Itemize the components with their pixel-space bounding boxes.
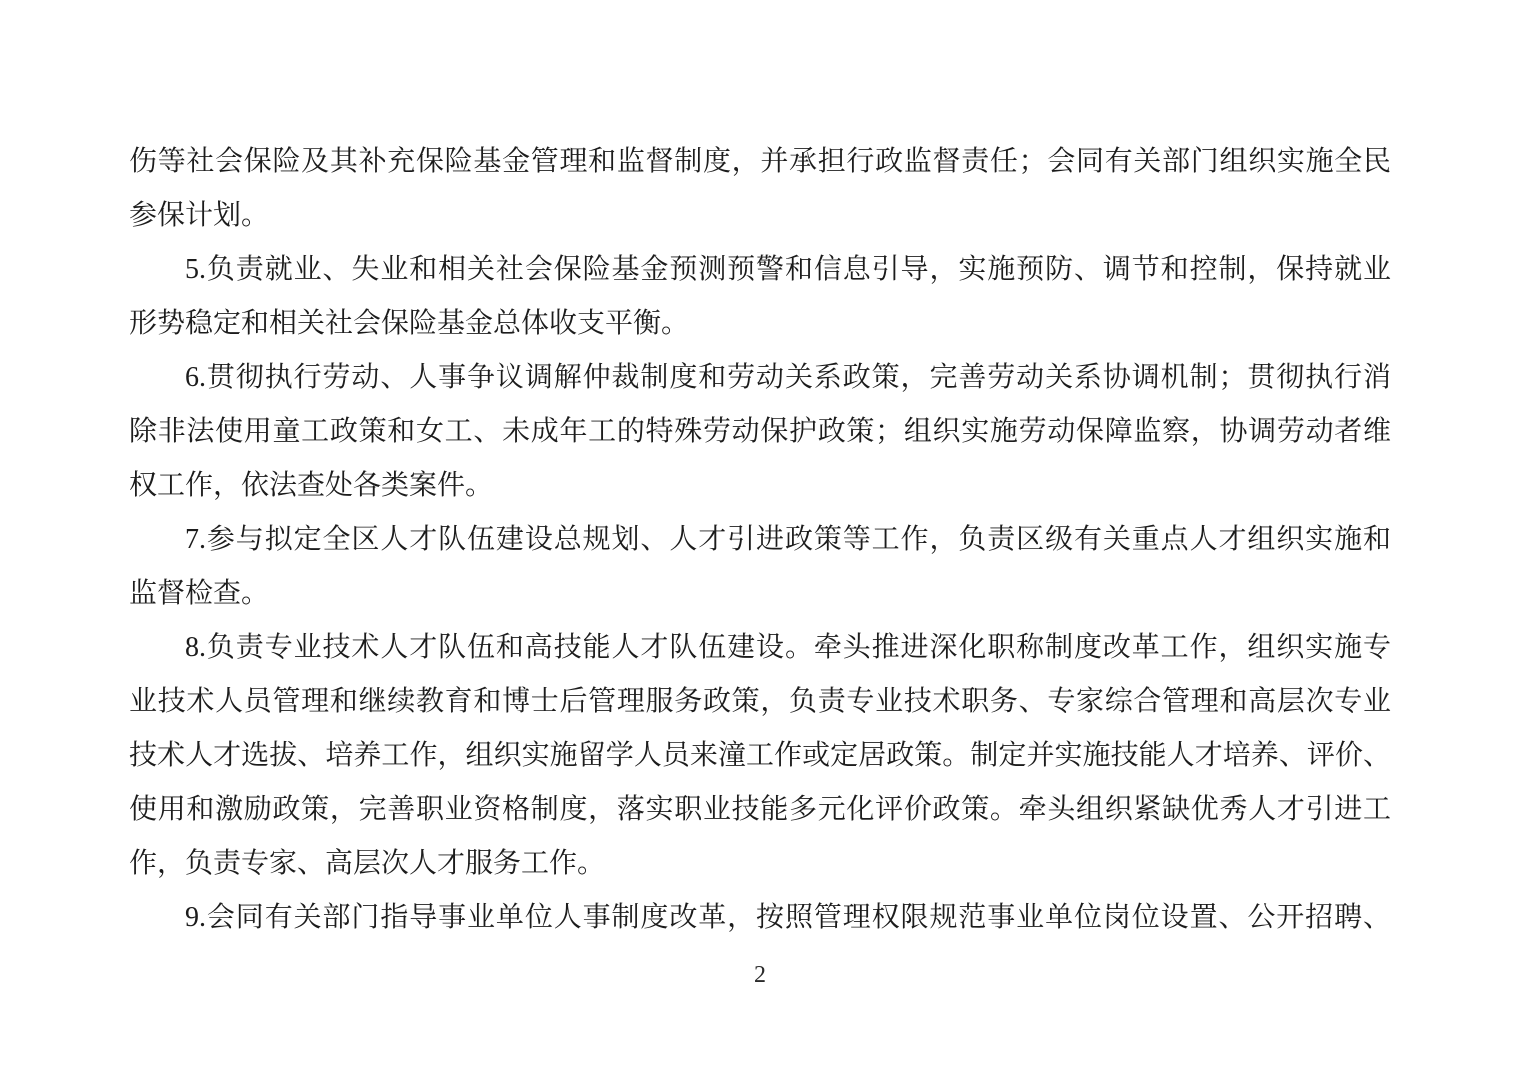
text-line: 8.负责专业技术人才队伍和高技能人才队伍建设。牵头推进深化职称制度改革工作，组织… — [129, 621, 1391, 675]
text-line: 权工作，依法查处各类案件。 — [129, 459, 1391, 513]
text-line: 7.参与拟定全区人才队伍建设总规划、人才引进政策等工作，负责区级有关重点人才组织… — [129, 513, 1391, 567]
text-line: 监督检查。 — [129, 567, 1391, 621]
text-line: 参保计划。 — [129, 189, 1391, 243]
text-line: 业技术人员管理和继续教育和博士后管理服务政策，负责专业技术职务、专家综合管理和高… — [129, 675, 1391, 729]
document-body: 伤等社会保险及其补充保险基金管理和监督制度，并承担行政监督责任；会同有关部门组织… — [129, 135, 1391, 945]
text-line: 伤等社会保险及其补充保险基金管理和监督制度，并承担行政监督责任；会同有关部门组织… — [129, 135, 1391, 189]
text-line: 技术人才选拔、培养工作，组织实施留学人员来潼工作或定居政策。制定并实施技能人才培… — [129, 729, 1391, 783]
text-line: 除非法使用童工政策和女工、未成年工的特殊劳动保护政策；组织实施劳动保障监察，协调… — [129, 405, 1391, 459]
text-line: 5.负责就业、失业和相关社会保险基金预测预警和信息引导，实施预防、调节和控制，保… — [129, 243, 1391, 297]
text-line: 形势稳定和相关社会保险基金总体收支平衡。 — [129, 297, 1391, 351]
text-line: 9.会同有关部门指导事业单位人事制度改革，按照管理权限规范事业单位岗位设置、公开… — [129, 891, 1391, 945]
document-page: 伤等社会保险及其补充保险基金管理和监督制度，并承担行政监督责任；会同有关部门组织… — [0, 0, 1520, 1074]
page-number: 2 — [0, 960, 1520, 990]
text-line: 使用和激励政策，完善职业资格制度，落实职业技能多元化评价政策。牵头组织紧缺优秀人… — [129, 783, 1391, 837]
text-line: 6.贯彻执行劳动、人事争议调解仲裁制度和劳动关系政策，完善劳动关系协调机制；贯彻… — [129, 351, 1391, 405]
text-line: 作，负责专家、高层次人才服务工作。 — [129, 837, 1391, 891]
